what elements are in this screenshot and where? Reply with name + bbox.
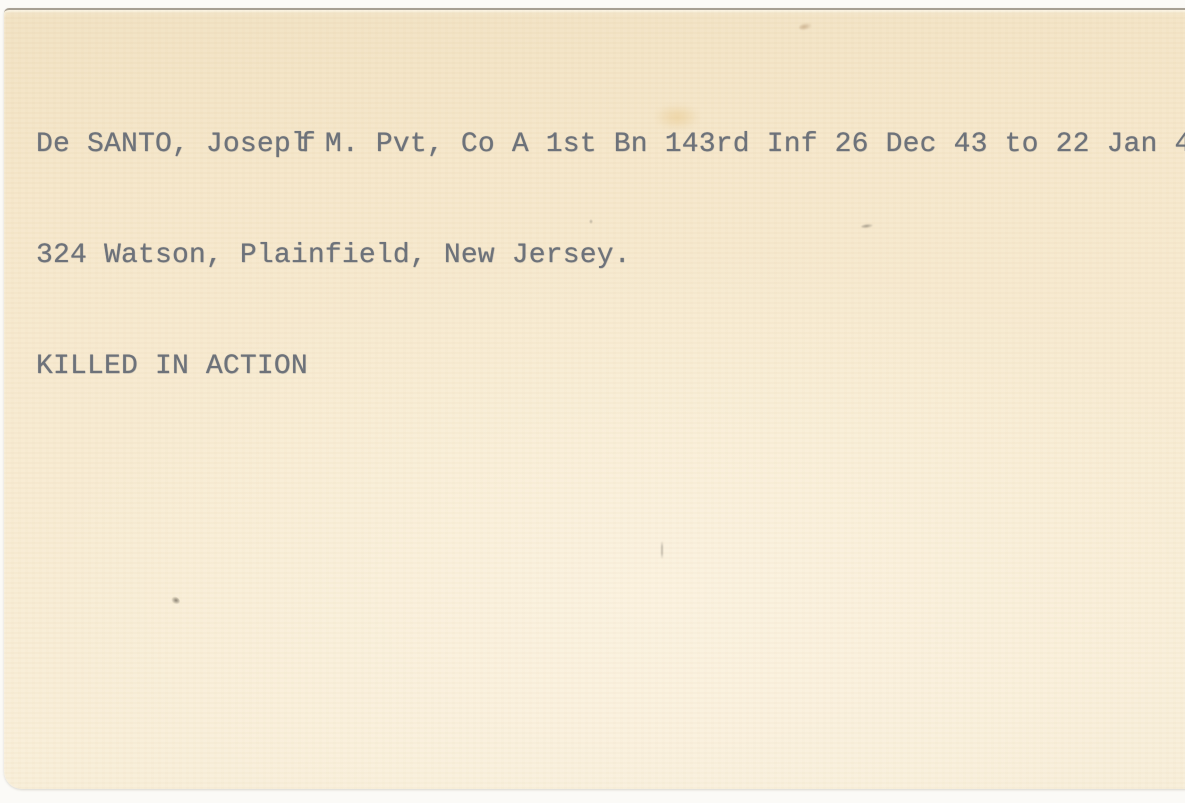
card-line-1: De SANTO, Joseplf M. Pvt, Co A 1st Bn 14… [36,126,1185,163]
card-line-3-status: KILLED IN ACTION [36,348,1185,385]
paper-faint-vertical-mark [661,541,663,559]
index-card: De SANTO, Joseplf M. Pvt, Co A 1st Bn 14… [4,8,1185,789]
line1-overstrike-glyphs: lf [291,129,308,160]
line1-service-segment: M. Pvt, Co A 1st Bn 143rd Inf 26 Dec 43 … [308,129,1185,160]
line1-name-segment: De SANTO, Josep [36,129,291,160]
paper-smudge-top [798,22,812,32]
scanned-document: De SANTO, Joseplf M. Pvt, Co A 1st Bn 14… [0,0,1185,803]
typed-text-block: De SANTO, Joseplf M. Pvt, Co A 1st Bn 14… [36,52,1185,459]
overstrike-char-2: f [299,129,316,160]
card-line-2-address: 324 Watson, Plainfield, New Jersey. [36,237,1185,274]
paper-fly-speck [170,596,181,606]
